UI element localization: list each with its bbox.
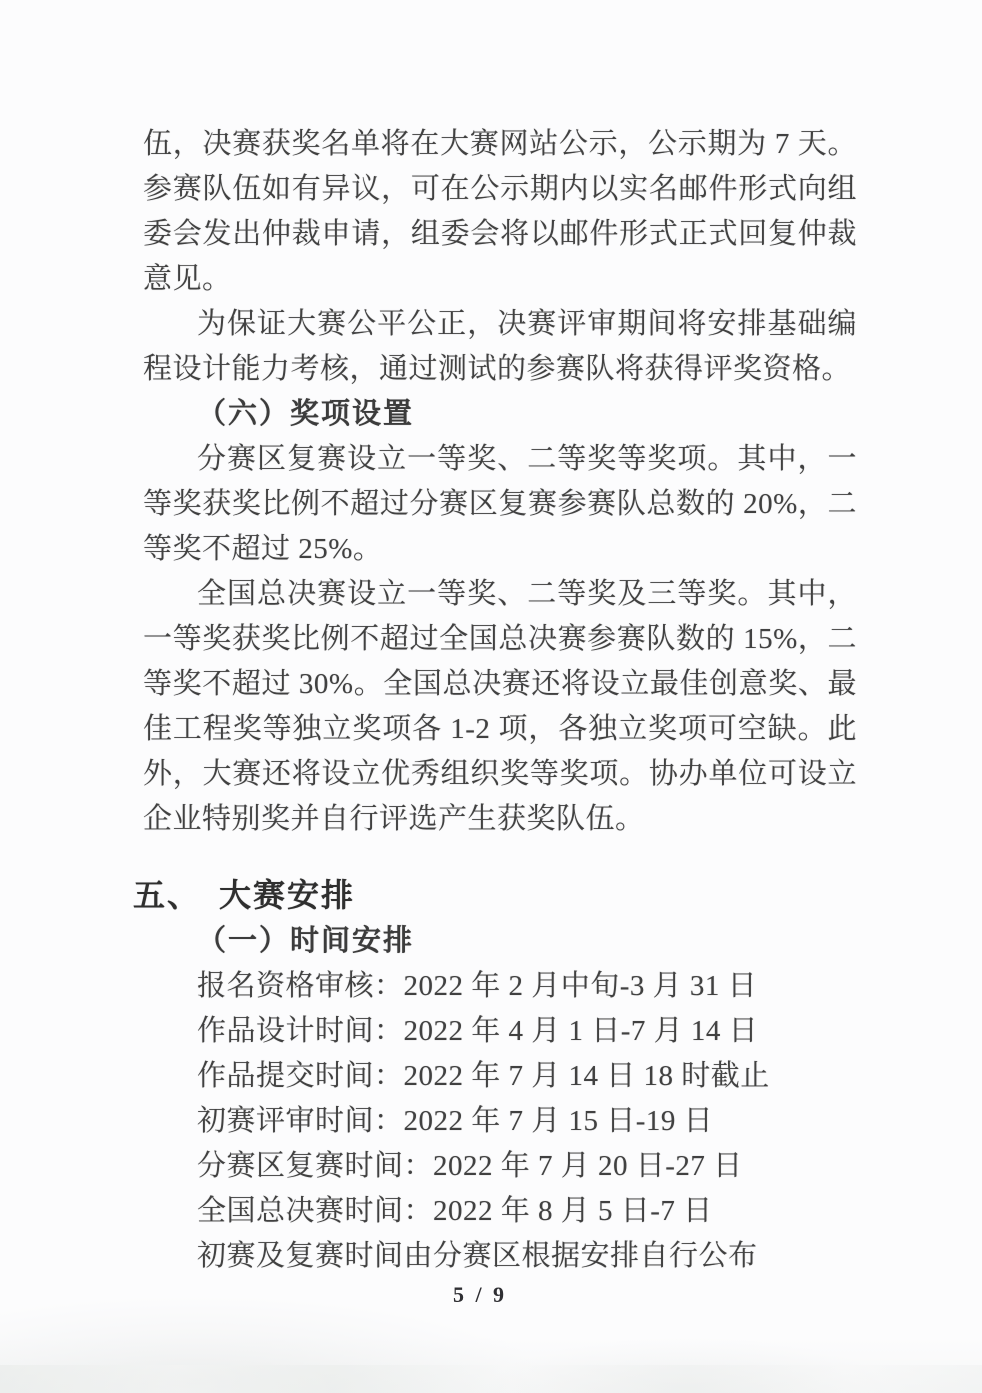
schedule-item-national-final: 全国总决赛时间：2022 年 8 月 5 日-7 日 bbox=[143, 1189, 857, 1234]
heading-time-schedule: （一）时间安排 bbox=[143, 919, 857, 964]
heading-competition-arrangement: 五、 大赛安排 bbox=[133, 872, 857, 919]
schedule-item-regional-semifinal: 分赛区复赛时间：2022 年 7 月 20 日-27 日 bbox=[143, 1144, 857, 1189]
schedule-item-regional-announcement: 初赛及复赛时间由分赛区根据安排自行公布 bbox=[143, 1234, 857, 1279]
scan-artifact bbox=[0, 1365, 982, 1393]
paragraph-regional-awards: 分赛区复赛设立一等奖、二等奖等奖项。其中，一等奖获奖比例不超过分赛区复赛参赛队总… bbox=[143, 437, 857, 572]
document-body: 伍，决赛获奖名单将在大赛网站公示，公示期为 7 天。参赛队伍如有异议，可在公示期… bbox=[143, 122, 857, 1279]
paragraph-fairness-review: 为保证大赛公平公正，决赛评审期间将安排基础编程设计能力考核，通过测试的参赛队将获… bbox=[143, 302, 857, 392]
page-number: 5 / 9 bbox=[0, 1282, 960, 1308]
schedule-item-submission-deadline: 作品提交时间：2022 年 7 月 14 日 18 时截止 bbox=[143, 1054, 857, 1099]
heading-award-setup: （六）奖项设置 bbox=[143, 392, 857, 437]
paragraph-arbitration: 伍，决赛获奖名单将在大赛网站公示，公示期为 7 天。参赛队伍如有异议，可在公示期… bbox=[143, 122, 857, 302]
paragraph-national-awards: 全国总决赛设立一等奖、二等奖及三等奖。其中，一等奖获奖比例不超过全国总决赛参赛队… bbox=[143, 572, 857, 842]
scanned-document-page: 伍，决赛获奖名单将在大赛网站公示，公示期为 7 天。参赛队伍如有异议，可在公示期… bbox=[0, 0, 982, 1393]
schedule-item-preliminary-review: 初赛评审时间：2022 年 7 月 15 日-19 日 bbox=[143, 1099, 857, 1144]
schedule-list: 报名资格审核：2022 年 2 月中旬-3 月 31 日 作品设计时间：2022… bbox=[143, 964, 857, 1279]
schedule-item-registration-review: 报名资格审核：2022 年 2 月中旬-3 月 31 日 bbox=[143, 964, 857, 1009]
schedule-item-design-period: 作品设计时间：2022 年 4 月 1 日-7 月 14 日 bbox=[143, 1009, 857, 1054]
